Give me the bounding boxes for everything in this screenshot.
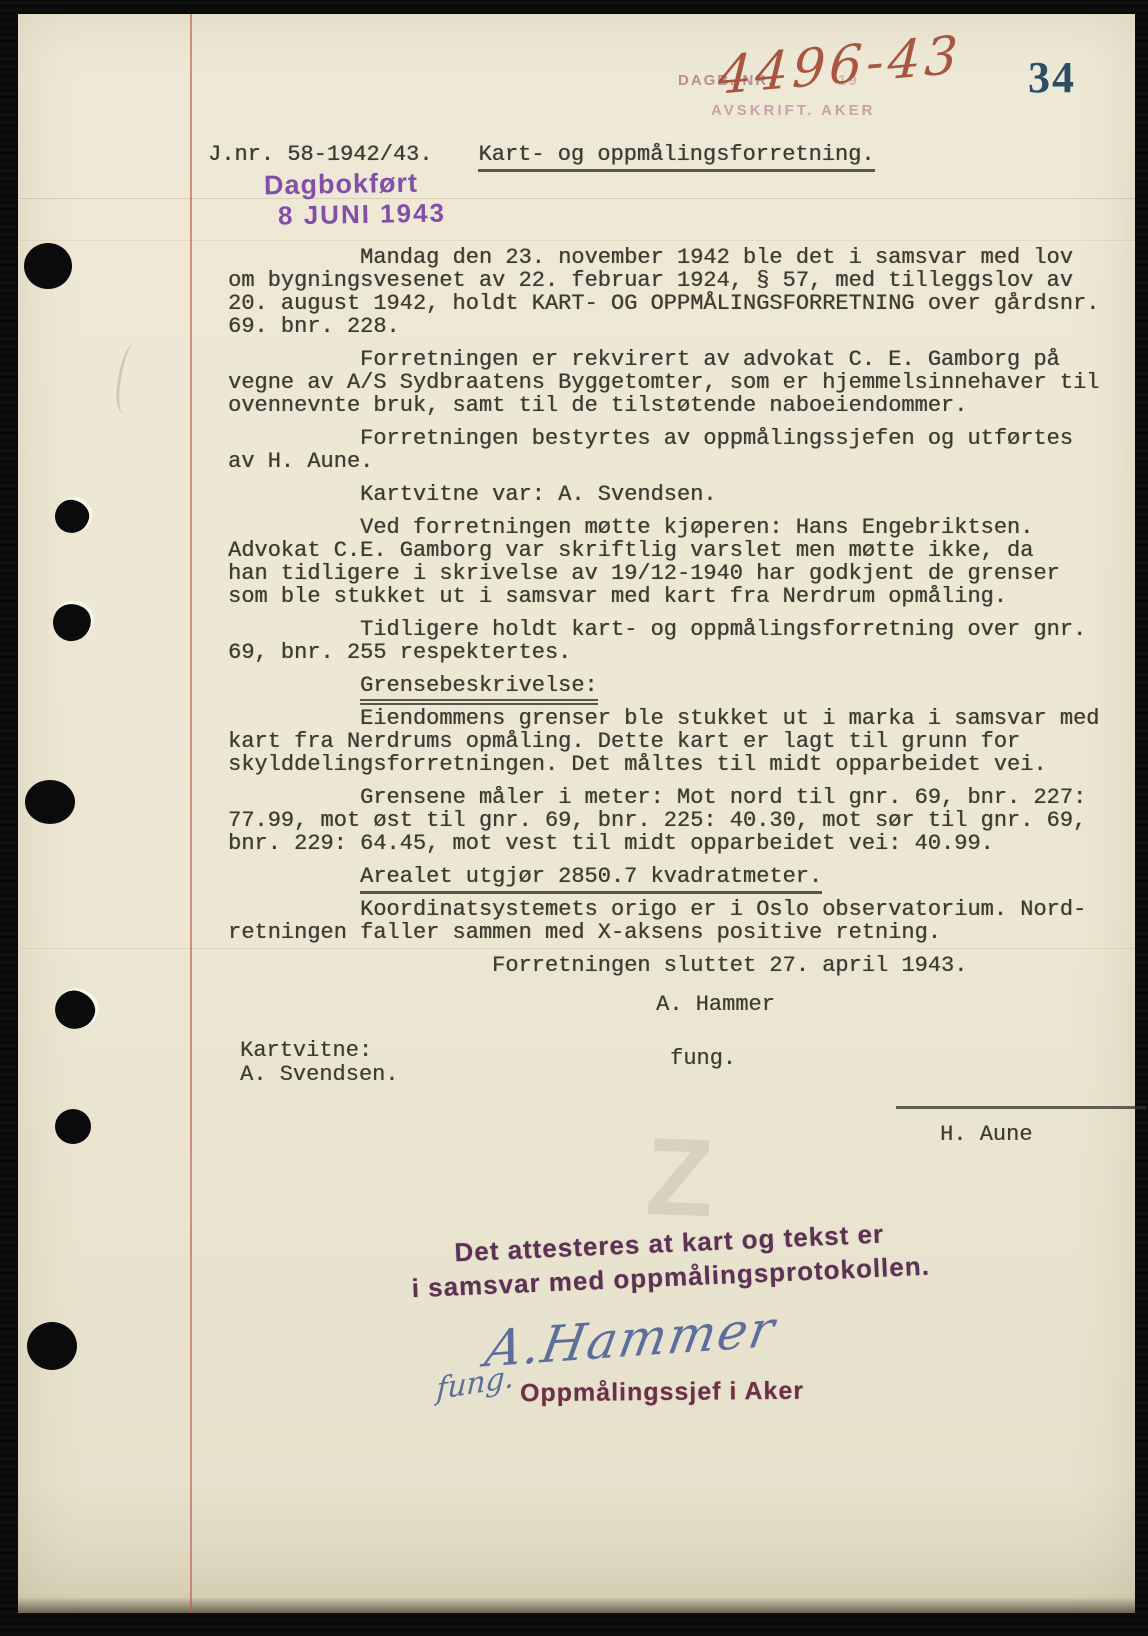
signature-line [896,1106,1146,1109]
journal-number: J.nr. 58-1942/43. [208,142,432,167]
aune-name: H. Aune [940,1122,1032,1147]
document-title: Kart- og oppmålingsforretning. [478,142,874,172]
punch-hole [52,497,92,536]
attestation-stamp: Det attesteres at kart og tekst er i sam… [399,1214,941,1305]
paragraph: Forretningen bestyrtes av oppmålingssjef… [228,427,1133,473]
paper-sheet: 34 DAGB. NR. 19 4496-43 AVSKRIFT. AKER D… [18,14,1135,1613]
avskrift-aker-stamp: AVSKRIFT. AKER [711,102,876,119]
pencil-mark [113,343,144,415]
page-number: 34 [1028,52,1076,103]
punch-hole [24,243,72,289]
dagbok-number-handwritten: 4496-43 [717,25,963,107]
paragraph: Forretningen sluttet 27. april 1943. [228,954,1133,977]
hammer-ink-signature: A.Hammer [481,1299,780,1378]
typed-signature-name: A. Hammer [656,992,775,1017]
paragraph: Mandag den 23. november 1942 ble det i s… [228,246,1133,338]
document-header: J.nr. 58-1942/43.Kart- og oppmålingsforr… [208,142,875,167]
typed-signature-title: fung. [670,1046,736,1071]
faint-watermark: Z [644,1113,716,1242]
dagbokfort-stamp: Dagbokført [264,168,419,202]
paper-crease [18,240,1135,241]
punch-hole [50,986,100,1035]
body-text: Mandag den 23. november 1942 ble det i s… [228,246,1133,987]
paragraph: Eiendommens grenser ble stukket ut i mar… [228,707,1133,776]
paragraph: Forretningen er rekvirert av advokat C. … [228,348,1133,417]
paragraph: Ved forretningen møtte kjøperen: Hans En… [228,516,1133,608]
paragraph: Arealet utgjør 2850.7 kvadratmeter. [360,865,1133,888]
kartvitne-name: A. Svendsen. [240,1062,398,1087]
dagbokfort-date-stamp: 8 JUNI 1943 [278,198,446,232]
scanned-document-page: 34 DAGB. NR. 19 4496-43 AVSKRIFT. AKER D… [0,0,1148,1636]
paragraph: Grensebeskrivelse: [360,674,1133,697]
punch-hole [27,1322,77,1370]
fung-ink-note: fung. [436,1359,515,1407]
red-margin-line [190,14,192,1613]
kartvitne-label: Kartvitne: [240,1038,372,1063]
paragraph: Tidligere holdt kart- og oppmålingsforre… [228,618,1133,664]
punch-hole [25,780,75,824]
punch-hole [55,1109,91,1144]
office-title-stamp: Oppmålingssjef i Aker [520,1377,804,1408]
paragraph: Kartvitne var: A. Svendsen. [228,483,1133,506]
punch-hole [51,602,94,644]
paragraph: Koordinatsystemets origo er i Oslo obser… [228,898,1133,944]
paper-crease [18,198,1135,199]
paragraph: Grensene måler i meter: Mot nord til gnr… [228,786,1133,855]
